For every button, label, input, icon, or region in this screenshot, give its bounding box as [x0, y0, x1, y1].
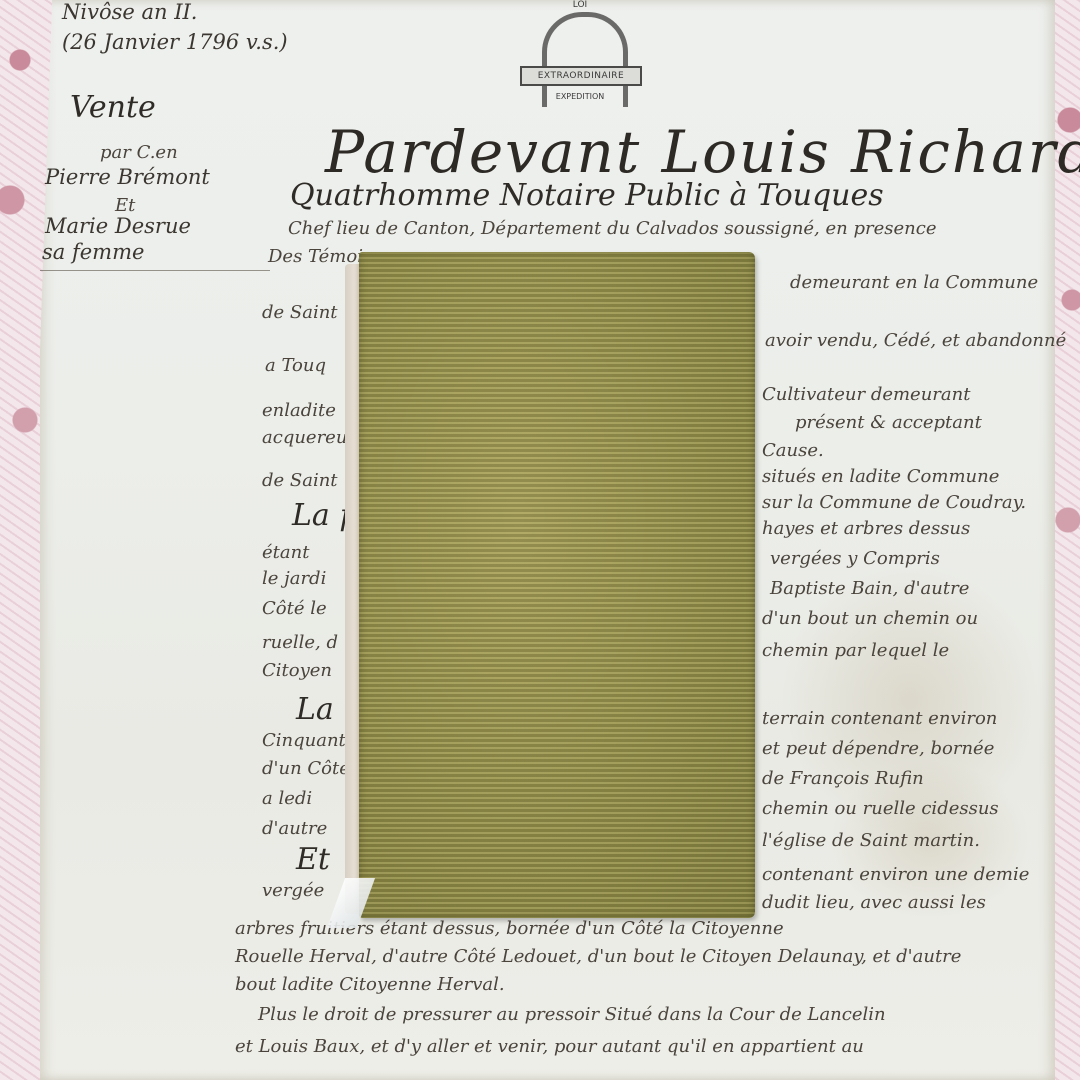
small-book: [345, 252, 755, 918]
body-line: de Saint: [262, 302, 338, 323]
book-cover: [359, 252, 755, 918]
body-line: présent & acceptant: [795, 412, 982, 433]
body-line: Rouelle Herval, d'autre Côté Ledouet, d'…: [235, 946, 961, 967]
body-line: acquereur: [262, 427, 356, 448]
stamp-top-text: LOI: [555, 0, 605, 10]
body-line: de Saint: [262, 470, 338, 491]
body-line: de François Rufin: [762, 768, 924, 789]
body-line: demeurant en la Commune: [790, 272, 1038, 293]
body-line: le jardi: [262, 568, 326, 589]
body-line: Cinquante: [262, 730, 356, 751]
body-line: vergées y Compris: [770, 548, 940, 569]
margin-title: Vente: [70, 90, 156, 125]
body-line: étant: [262, 542, 309, 563]
body-line: Chef lieu de Canton, Département du Calv…: [288, 218, 936, 239]
margin-and: Et: [115, 195, 135, 216]
heading-line2: Quatrhomme Notaire Public à Touques: [290, 178, 884, 213]
body-line: Baptiste Bain, d'autre: [770, 578, 969, 599]
body-line: dudit lieu, avec aussi les: [762, 892, 986, 913]
body-line: contenant environ une demie: [762, 864, 1029, 885]
body-line: situés en ladite Commune: [762, 466, 999, 487]
body-line: Citoyen: [262, 660, 332, 681]
body-line: Cultivateur demeurant: [762, 384, 970, 405]
body-line: terrain contenant environ: [762, 708, 997, 729]
stamp-bottom-text: EXPEDITION: [540, 92, 620, 101]
body-line: Côté le: [262, 598, 327, 619]
stamp-band-text: EXTRAORDINAIRE: [520, 66, 642, 86]
margin-date-line2: (26 Janvier 1796 v.s.): [62, 30, 288, 54]
margin-seller1: Pierre Brémont: [45, 165, 210, 189]
body-line: La: [296, 692, 334, 727]
body-line: bout ladite Citoyenne Herval.: [235, 974, 505, 995]
margin-date-line1: Nivôse an II.: [62, 0, 197, 24]
body-line: chemin par lequel le: [762, 640, 949, 661]
body-line: d'un bout un chemin ou: [762, 608, 978, 629]
margin-seller2-role: sa femme: [42, 240, 144, 264]
margin-seller2: Marie Desrue: [45, 214, 191, 238]
body-line: enladite: [262, 400, 336, 421]
body-line: hayes et arbres dessus: [762, 518, 970, 539]
margin-underline: [40, 270, 270, 271]
body-line: avoir vendu, Cédé, et abandonné: [765, 330, 1066, 351]
body-line: sur la Commune de Coudray.: [762, 492, 1026, 513]
body-line: Cause.: [762, 440, 824, 461]
revenue-stamp: LOI EXTRAORDINAIRE EXPEDITION: [520, 0, 640, 125]
body-line: arbres fruitiers étant dessus, bornée d'…: [235, 918, 784, 939]
body-line: Plus le droit de pressurer au pressoir S…: [258, 1004, 886, 1025]
margin-par: par C.en: [100, 142, 178, 163]
body-line: Et: [296, 842, 330, 877]
body-line: d'autre: [262, 818, 327, 839]
body-line: l'église de Saint martin.: [762, 830, 980, 851]
body-line: ruelle, d: [262, 632, 338, 653]
body-line: et peut dépendre, bornée: [762, 738, 994, 759]
body-line: a ledi: [262, 788, 312, 809]
body-line: d'un Côté: [262, 758, 350, 779]
heading-line1: Pardevant Louis Richard: [325, 118, 1080, 186]
body-line: chemin ou ruelle cidessus: [762, 798, 999, 819]
body-line: vergée: [262, 880, 324, 901]
body-line: a Touq: [265, 355, 326, 376]
body-line: et Louis Baux, et d'y aller et venir, po…: [235, 1036, 864, 1057]
